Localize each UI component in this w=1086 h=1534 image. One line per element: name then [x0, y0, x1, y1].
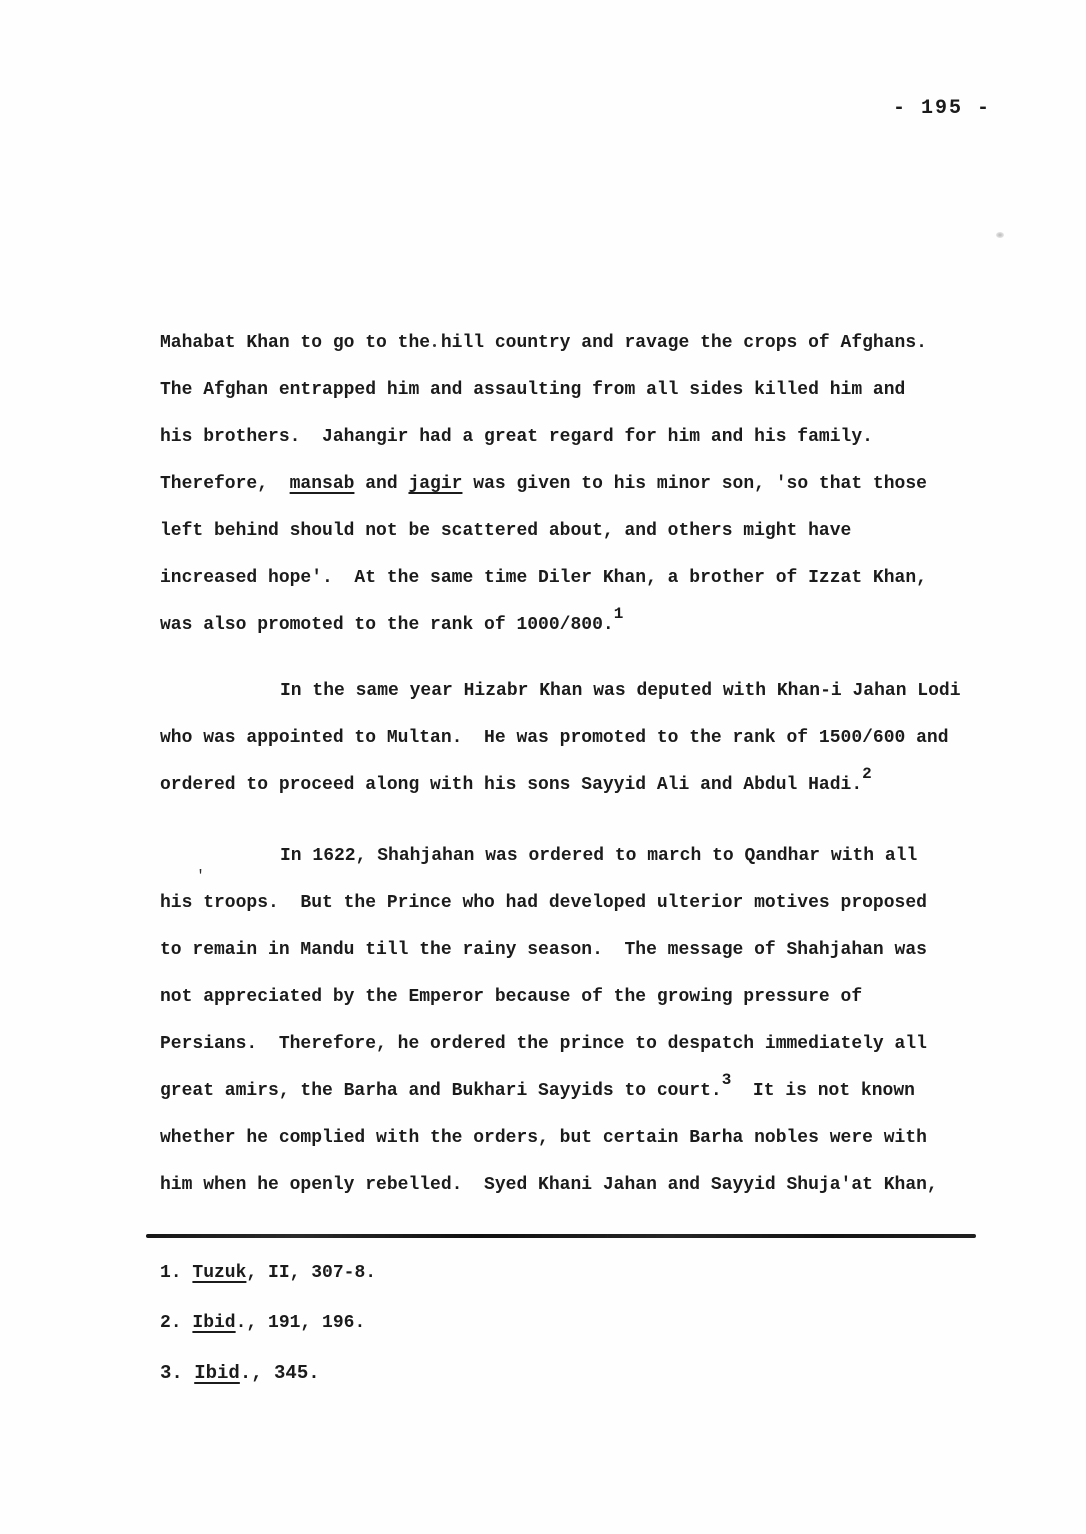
text-segment: ., 345.	[240, 1362, 320, 1384]
text-line: his brothers. Jahangir had a great regar…	[160, 414, 927, 461]
text-segment: ., 191, 196.	[236, 1313, 366, 1333]
paragraph: In 1622, Shahjahan was ordered to march …	[160, 833, 938, 1209]
text-segment: 3.	[160, 1362, 194, 1384]
page-number: - 195 -	[893, 97, 991, 120]
text-line: him when he openly rebelled. Syed Khani …	[160, 1162, 938, 1209]
footnote-ref: 3	[722, 1071, 732, 1089]
underlined-term: Ibid	[192, 1313, 235, 1333]
text-line: left behind should not be scattered abou…	[160, 508, 927, 555]
footnote-ref: 1	[614, 605, 624, 623]
underlined-term: mansab	[290, 474, 355, 494]
text-segment: In the same year Hizabr Khan was deputed…	[280, 681, 961, 701]
text-segment: left behind should not be scattered abou…	[160, 521, 851, 541]
text-line: great amirs, the Barha and Bukhari Sayyi…	[160, 1068, 938, 1115]
scan-speck	[996, 232, 1004, 238]
text-segment: his brothers. Jahangir had a great regar…	[160, 427, 873, 447]
text-segment: In 1622, Shahjahan was ordered to march …	[280, 846, 917, 866]
paragraph: Mahabat Khan to go to the hill country a…	[160, 320, 927, 649]
text-line: Mahabat Khan to go to the hill country a…	[160, 320, 927, 367]
text-segment: not appreciated by the Emperor because o…	[160, 987, 862, 1007]
text-line: not appreciated by the Emperor because o…	[160, 974, 938, 1021]
text-segment: who was appointed to Multan. He was prom…	[160, 728, 949, 748]
text-segment: was also promoted to the rank of 1000/80…	[160, 615, 614, 635]
text-segment: him when he openly rebelled. Syed Khani …	[160, 1175, 938, 1195]
text-segment: his troops. But the Prince who had devel…	[160, 893, 927, 913]
text-segment: to remain in Mandu till the rainy season…	[160, 940, 927, 960]
text-line: who was appointed to Multan. He was prom…	[160, 715, 961, 762]
text-segment: Persians. Therefore, he ordered the prin…	[160, 1034, 927, 1054]
underlined-term: Tuzuk	[192, 1263, 246, 1283]
paragraph: In the same year Hizabr Khan was deputed…	[160, 668, 961, 809]
footnote: 2. Ibid., 191, 196.	[160, 1313, 365, 1333]
text-line: The Afghan entrapped him and assaulting …	[160, 367, 927, 414]
underlined-term: Ibid	[194, 1362, 240, 1384]
text-line: to remain in Mandu till the rainy season…	[160, 927, 938, 974]
text-segment: and	[354, 474, 408, 494]
text-segment: Mahabat Khan to go to the hill country a…	[160, 333, 927, 353]
text-segment: great amirs, the Barha and Bukhari Sayyi…	[160, 1081, 722, 1101]
text-segment: 1.	[160, 1263, 192, 1283]
text-segment: was given to his minor son, 'so that tho…	[462, 474, 926, 494]
footnote: 3. Ibid., 345.	[160, 1362, 320, 1384]
text-segment: , II, 307-8.	[246, 1263, 376, 1283]
text-segment: It is not known	[731, 1081, 915, 1101]
text-line: Persians. Therefore, he ordered the prin…	[160, 1021, 938, 1068]
text-line: whether he complied with the orders, but…	[160, 1115, 938, 1162]
text-segment: ordered to proceed along with his sons S…	[160, 775, 862, 795]
scan-dot	[433, 344, 436, 347]
text-line: In the same year Hizabr Khan was deputed…	[160, 668, 961, 715]
text-line: ordered to proceed along with his sons S…	[160, 762, 961, 809]
text-line: increased hope'. At the same time Diler …	[160, 555, 927, 602]
text-line: his troops. But the Prince who had devel…	[160, 880, 938, 927]
text-segment: 2.	[160, 1313, 192, 1333]
footnote-ref: 2	[862, 765, 872, 783]
text-line: In 1622, Shahjahan was ordered to march …	[160, 833, 938, 880]
text-line: Therefore, mansab and jagir was given to…	[160, 461, 927, 508]
text-segment: increased hope'. At the same time Diler …	[160, 568, 927, 588]
document-page: - 195 - Mahabat Khan to go to the hill c…	[0, 0, 1086, 1534]
text-segment: The Afghan entrapped him and assaulting …	[160, 380, 905, 400]
text-line: was also promoted to the rank of 1000/80…	[160, 602, 927, 649]
underlined-term: jagir	[408, 474, 462, 494]
stray-mark: '	[196, 868, 205, 885]
text-segment: whether he complied with the orders, but…	[160, 1128, 927, 1148]
text-segment: Therefore,	[160, 474, 290, 494]
footnote-separator-rule	[146, 1234, 976, 1238]
footnote: 1. Tuzuk, II, 307-8.	[160, 1263, 376, 1283]
